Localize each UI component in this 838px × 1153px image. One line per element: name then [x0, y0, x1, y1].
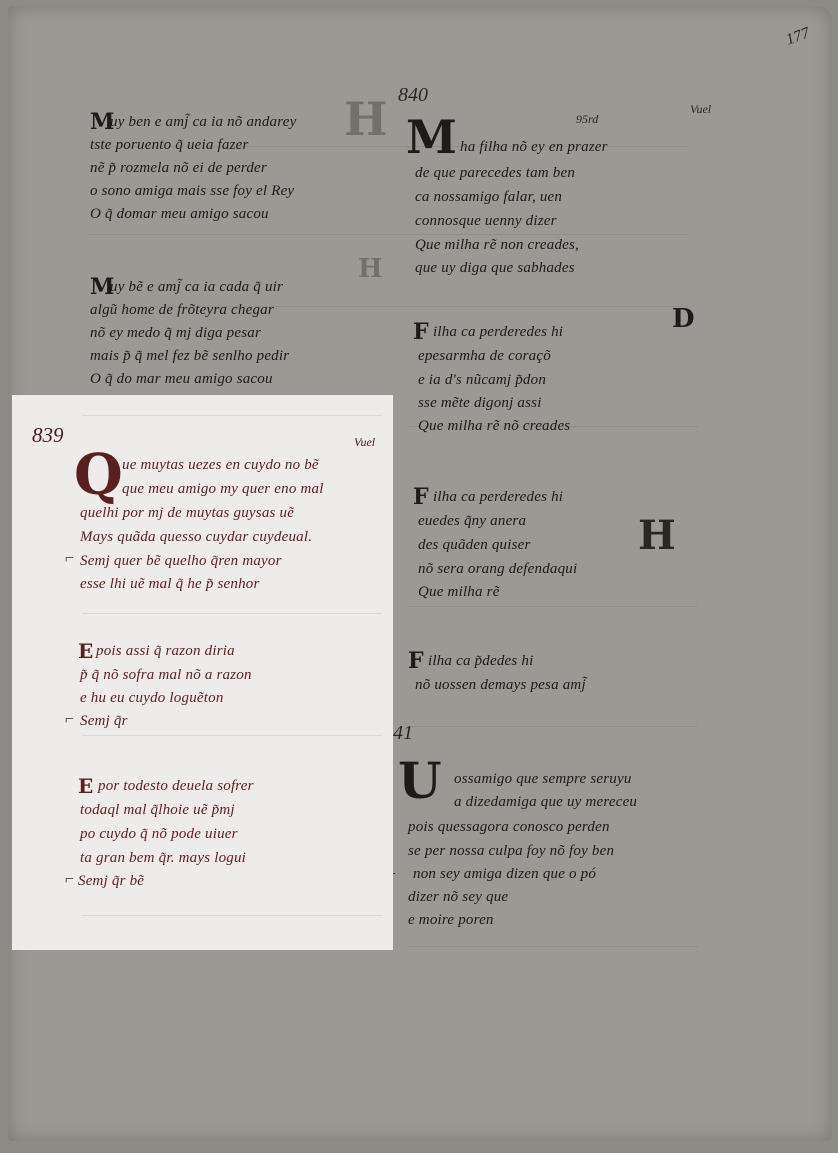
verse-line: Semj q̃r bẽ [78, 873, 144, 890]
margin-annotation: Vuel [354, 435, 375, 450]
verse-line: de que parecedes tam ben [415, 165, 575, 182]
verse-line: que uy diga que sabhades [415, 260, 575, 277]
initial-letter: U [398, 756, 442, 806]
ruling-line [408, 726, 698, 727]
verse-line: po cuydo q̃ nõ pode uiuer [80, 826, 238, 843]
ruling-line [408, 606, 698, 607]
verse-line: nõ ey medo q̃ mj diga pesar [90, 325, 261, 342]
verse-line: uy bẽ e amj̃ ca ia cada q̃ uir [110, 279, 283, 296]
verse-line: O q̃ do mar meu amigo sacou [90, 371, 273, 388]
initial-letter: F [408, 650, 424, 672]
initial-letter: F [413, 321, 429, 343]
verse-line: Mays quãda quesso cuydar cuydeual. [80, 529, 312, 546]
verse-line: Semj q̃r [80, 713, 128, 730]
verse-line: Que milha rẽ nõ creades [418, 418, 570, 435]
verse-line: que meu amigo my quer eno mal [122, 481, 324, 498]
verse-line: ossamigo que sempre seruyu [454, 771, 632, 788]
refrain-marker: ⌐ [64, 550, 75, 568]
highlighted-poem-839: 839 Vuel Q ue muytas uezes en cuydo no b… [12, 395, 393, 950]
ruling-line [82, 415, 382, 416]
initial-letter: F [413, 486, 429, 508]
verse-line: ilha ca perderedes hi [433, 489, 563, 506]
verse-line: ue muytas uezes en cuydo no bẽ [122, 457, 319, 474]
margin-annotation: Vuel [690, 102, 711, 117]
verse-line: Que milha rẽ [418, 584, 500, 601]
ruling-line [82, 613, 382, 614]
verse-line: uy ben e amj̃ ca ia nõ andarey [110, 114, 296, 131]
verse-line: ta gran bem q̃r. mays logui [80, 850, 246, 867]
verse-line: se per nossa culpa foy nõ foy ben [408, 843, 614, 860]
verse-line: nẽ p̃ rozmela nõ ei de perder [90, 160, 267, 177]
verse-line: ha filha nõ ey en prazer [460, 139, 608, 156]
refrain-marker: ⌐ [64, 871, 75, 889]
verse-line: ilha ca p̃dedes hi [428, 653, 533, 670]
initial-letter: E [78, 776, 93, 796]
faded-initial-h-small: H [358, 256, 383, 282]
verse-line: a dizedamiga que uy mereceu [454, 794, 637, 811]
verse-line: tste poruento q̃ ueia fazer [90, 137, 249, 154]
verse-line: O q̃ domar meu amigo sacou [90, 206, 269, 223]
verse-line: euedes q̃ny anera [418, 513, 526, 530]
ruling-line [82, 735, 382, 736]
verse-line: algũ home de frõteyra chegar [90, 302, 274, 319]
verse-line: e ia d's nũcamj p̃don [418, 372, 546, 389]
verse-line: Que milha rẽ non creades, [415, 237, 579, 254]
poem-number: 839 [32, 423, 64, 448]
verse-line: nõ uossen demays pesa amj̃ [415, 677, 586, 694]
verse-line: ilha ca perderedes hi [433, 324, 563, 341]
verse-line: e moire poren [408, 912, 494, 929]
verse-line: mais p̃ q̃ mel fez bẽ senlho pedir [90, 348, 289, 365]
verse-line: pois assi q̃ razon diria [96, 643, 235, 660]
margin-initial-d: D [672, 306, 695, 332]
faded-initial-h: H [344, 96, 387, 142]
verse-line: o sono amiga mais sse foy el Rey [90, 183, 294, 200]
ruling-line [88, 234, 688, 235]
verse-line: Semj quer bẽ quelho q̃ren mayor [80, 553, 282, 570]
folio-number: 177 [784, 24, 813, 49]
initial-letter: E [78, 641, 93, 661]
initial-letter: M [406, 114, 457, 160]
verse-line: e hu eu cuydo loguẽton [80, 690, 224, 707]
verse-line: todaql mal q̃lhoie uẽ p̃mj [80, 802, 235, 819]
verse-line: pois quessagora conosco perden [408, 819, 610, 836]
verse-line: epesarmha de coraçõ [418, 348, 551, 365]
verse-line: nõ sera orang defendaqui [418, 561, 577, 578]
verse-line: sse mẽte digonj assi [418, 395, 542, 412]
verse-line: esse lhi uẽ mal q̃ he p̃ senhor [80, 576, 260, 593]
ruling-line [408, 946, 698, 947]
initial-letter: Q [74, 447, 123, 503]
verse-line: dizer nõ sey que [408, 889, 508, 906]
margin-annotation: 95rd [576, 112, 598, 127]
verse-line: quelhi por mj de muytas guysas uẽ [80, 505, 294, 522]
verse-line: ca nossamigo falar, uen [415, 189, 562, 206]
ruling-line [82, 915, 382, 916]
poem-number: 840 [398, 84, 428, 107]
verse-line: p̃ q̃ nõ sofra mal nõ a razon [80, 667, 252, 684]
verse-line: des quãden quiser [418, 537, 531, 554]
verse-line: por todesto deuela sofrer [98, 778, 254, 795]
verse-line: non sey amiga dizen que o pó [413, 866, 596, 883]
verse-line: connosque uenny dizer [415, 213, 557, 230]
margin-initial-h: H [638, 516, 676, 556]
refrain-marker: ⌐ [64, 711, 75, 729]
